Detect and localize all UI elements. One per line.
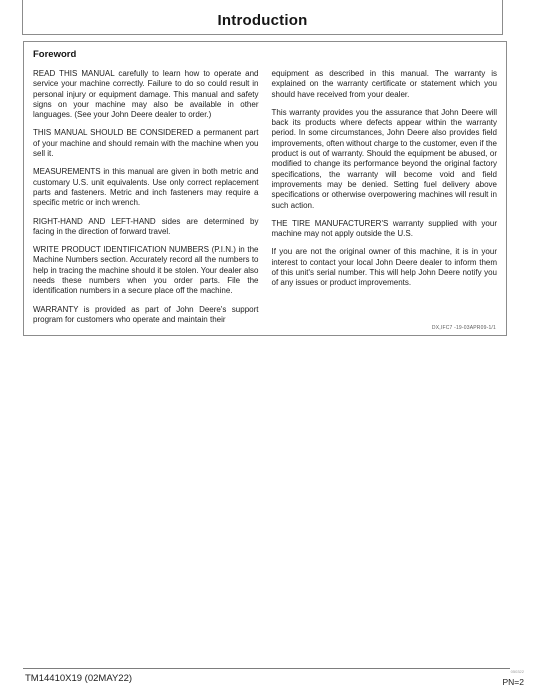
paragraph-read-this-manual: READ THIS MANUAL carefully to learn how … — [33, 69, 259, 120]
two-column-text: READ THIS MANUAL carefully to learn how … — [33, 69, 497, 333]
foreword-section: Foreword READ THIS MANUAL carefully to l… — [23, 41, 507, 336]
paragraph-warranty-assurance: This warranty provides you the assurance… — [272, 108, 498, 211]
paragraph-warranty-start: WARRANTY is provided as part of John Dee… — [33, 305, 259, 326]
paragraph-original-owner: If you are not the original owner of thi… — [272, 247, 498, 288]
footer-page-number: PN=2 — [503, 677, 525, 687]
paragraph-manual-permanent: THIS MANUAL SHOULD BE CONSIDERED a perma… — [33, 128, 259, 159]
page-title: Introduction — [218, 12, 308, 29]
section-heading: Foreword — [33, 49, 497, 60]
paragraph-write-pin: WRITE PRODUCT IDENTIFICATION NUMBERS (P.… — [33, 245, 259, 296]
manual-page: { "page": { "title": "Introduction", "se… — [0, 0, 541, 700]
paragraph-tire-manufacturer: THE TIRE MANUFACTURER'S warranty supplie… — [272, 219, 498, 240]
paragraph-right-left-hand: RIGHT-HAND AND LEFT-HAND sides are deter… — [33, 217, 259, 238]
page-title-box: Introduction — [22, 0, 503, 35]
section-reference-code: DX,IFC7 -19-03APR09-1/1 — [432, 325, 496, 331]
left-column: READ THIS MANUAL carefully to learn how … — [33, 69, 259, 333]
paragraph-measurements: MEASUREMENTS in this manual are given in… — [33, 167, 259, 208]
footer-micro-code: 050322 — [511, 669, 524, 674]
footer-divider-line — [23, 668, 510, 669]
paragraph-warranty-continued: equipment as described in this manual. T… — [272, 69, 498, 100]
footer-document-number: TM14410X19 (02MAY22) — [25, 673, 132, 684]
right-column: equipment as described in this manual. T… — [272, 69, 498, 333]
